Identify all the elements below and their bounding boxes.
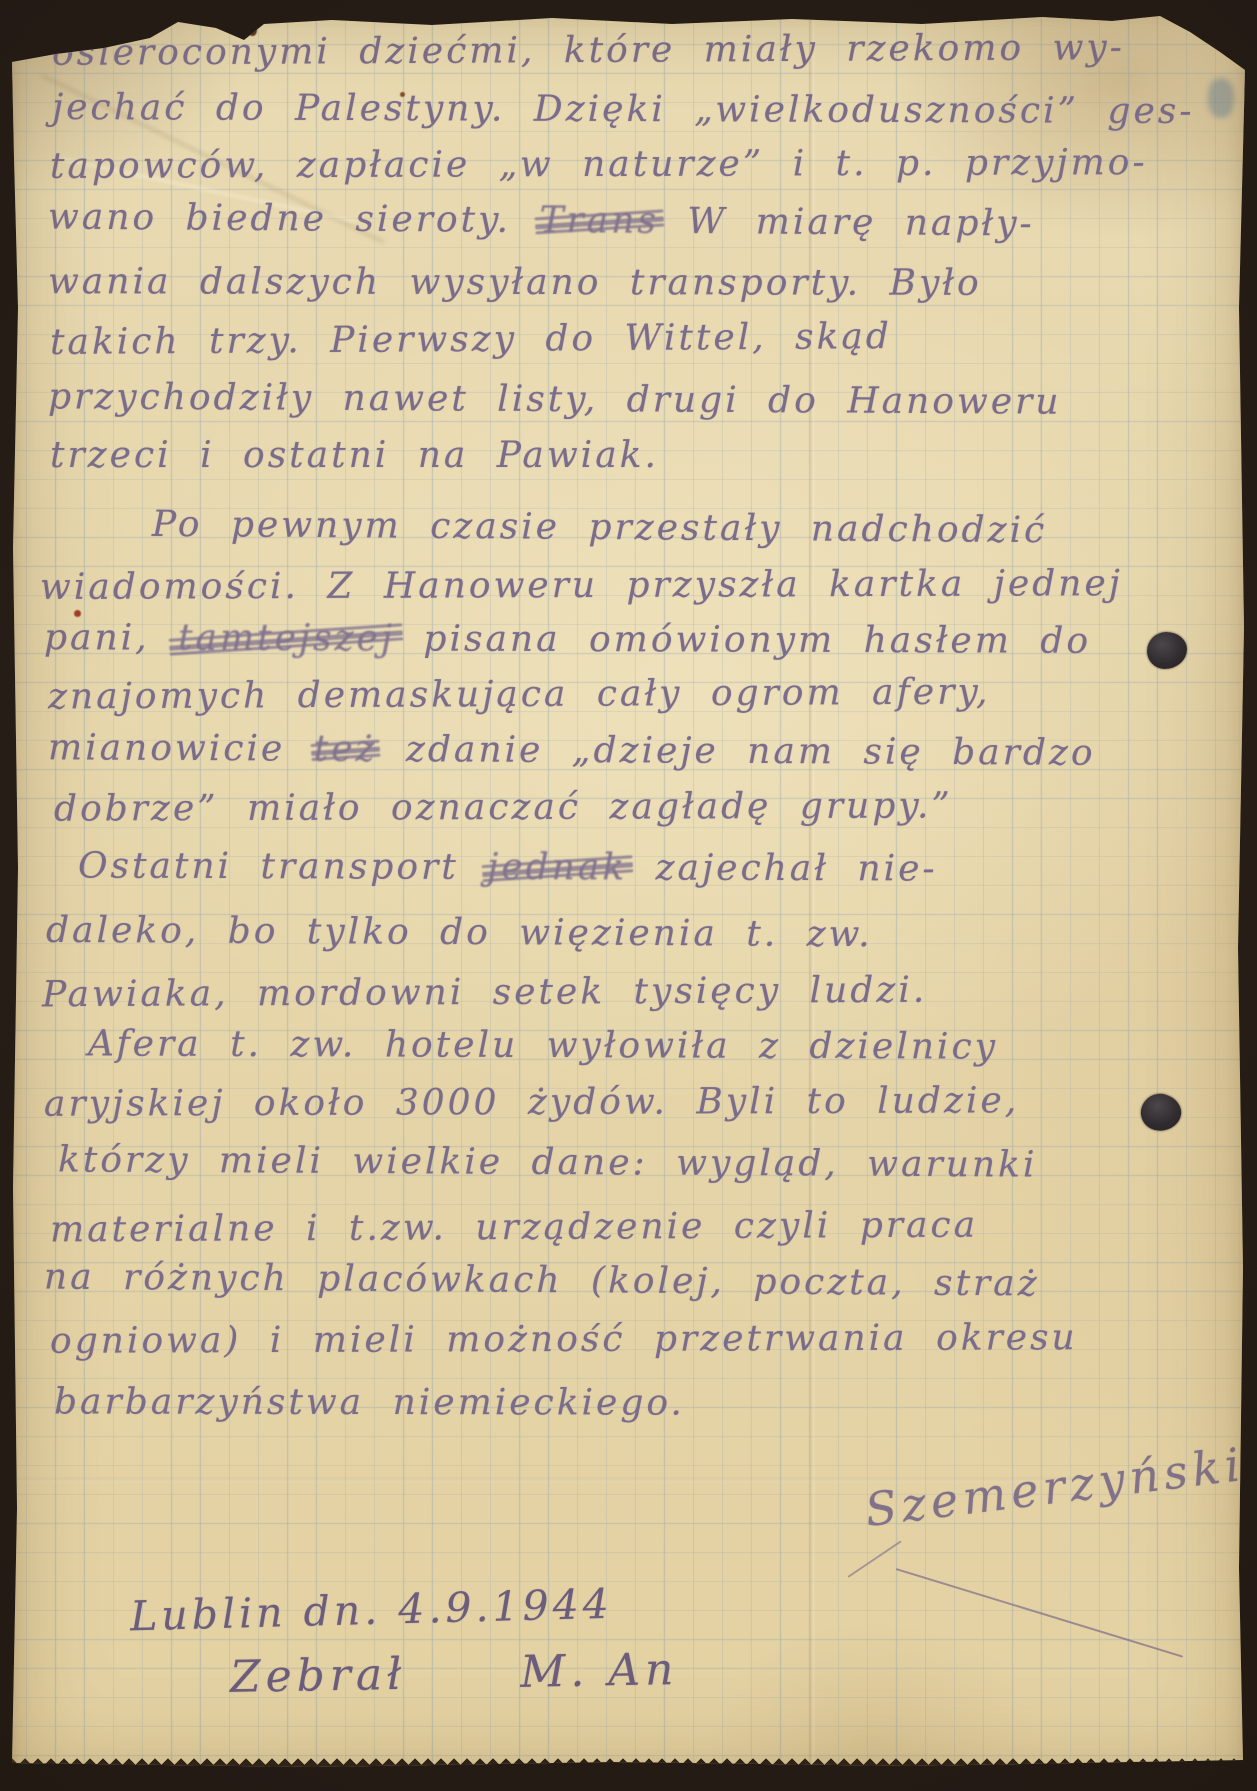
handwriting-text: tapowców, zapłacie „w naturze” i t. p. p… <box>50 142 1148 187</box>
handwriting-text: ogniowa) i mieli możność przetrwania okr… <box>50 1317 1078 1362</box>
handwriting-line: Afera t. zw. hotelu wyłowiła z dzielnicy <box>88 1026 998 1065</box>
collector-line: Zebrał M. An <box>230 1644 679 1703</box>
handwriting-line: materialne i t.zw. urządzenie czyli prac… <box>50 1208 978 1249</box>
paper-smudge <box>1208 78 1234 118</box>
ink-blot <box>1147 632 1187 669</box>
handwriting-text: Afera t. zw. hotelu wyłowiła z dzielnicy <box>88 1023 998 1067</box>
photo-background: osieroconymi dziećmi, które miały rzekom… <box>0 0 1257 1791</box>
handwriting-text: zdanie „dzieje nam się bardzo <box>377 729 1095 774</box>
handwriting-text: osieroconymi dziećmi, które miały rzekom… <box>52 27 1125 74</box>
handwriting-text: jechać do Palestyny. Dzięki „wielkoduszn… <box>52 87 1195 132</box>
handwriting-line: barbarzyństwa niemieckiego. <box>54 1384 685 1421</box>
handwriting-text: którzy mieli wielkie dane: wygląd, warun… <box>58 1139 1038 1185</box>
handwriting-text: Pawiaka, mordowni setek tysięcy ludzi. <box>42 970 927 1016</box>
handwriting-text: barbarzyństwa niemieckiego. <box>54 1381 685 1423</box>
handwriting-line: mianowicie też zdanie „dzieje nam się ba… <box>48 730 1096 771</box>
handwriting-line: dobrze” miało oznaczać zagładę grupy.” <box>54 788 953 827</box>
handwriting-line: którzy mieli wielkie dane: wygląd, warun… <box>58 1142 1038 1183</box>
signature-flourish <box>896 1568 1183 1658</box>
handwriting-text: materialne i t.zw. urządzenie czyli prac… <box>50 1205 978 1251</box>
handwriting-line: wiadomości. Z Hanoweru przyszła kartka j… <box>40 566 1123 606</box>
crossed-out-word: Trans <box>539 203 659 240</box>
handwriting-text: znajomych demaskująca cały ogrom afery, <box>48 672 991 718</box>
handwriting-text: Ostatni transport <box>78 845 487 887</box>
letter-page: osieroconymi dziećmi, które miały rzekom… <box>12 8 1245 1776</box>
handwriting-line: wano biedne sieroty. Trans W miarę napły… <box>48 200 1035 243</box>
handwriting-line: Pawiaka, mordowni setek tysięcy ludzi. <box>42 973 927 1014</box>
handwriting-line: ogniowa) i mieli możność przetrwania okr… <box>50 1320 1078 1360</box>
paper-speck <box>74 610 81 617</box>
handwriting-text: wano biedne sieroty. <box>48 197 540 241</box>
handwriting-text: dobrze” miało oznaczać zagładę grupy.” <box>54 785 953 829</box>
handwriting-text: wania dalszych wysyłano transporty. Było <box>48 261 982 304</box>
signature: Szemerzyński <box>862 1437 1248 1537</box>
handwriting-line: takich trzy. Pierwszy do Wittel, skąd <box>50 319 892 361</box>
handwriting-text: takich trzy. Pierwszy do Wittel, skąd <box>50 316 892 363</box>
crossed-out-word: też <box>314 732 378 768</box>
handwriting-line: na różnych placówkach (kolej, poczta, st… <box>44 1260 1040 1303</box>
handwriting-text: pisana omówionym hasłem do <box>395 618 1091 661</box>
handwriting-text: aryjskiej około 3000 żydów. Byli to ludz… <box>44 1080 1019 1124</box>
handwriting-line: pani, tamtejszej pisana omówionym hasłem… <box>44 620 1091 660</box>
handwriting-text: trzeci i ostatni na Pawiak. <box>50 435 659 476</box>
handwriting-text: daleko, bo tylko do więzienia t. zw. <box>46 910 873 955</box>
handwriting-line: przychodziły nawet listy, drugi do Hanow… <box>48 379 1062 420</box>
handwriting-line: osieroconymi dziećmi, które miały rzekom… <box>52 30 1125 72</box>
handwriting-line: tapowców, zapłacie „w naturze” i t. p. p… <box>50 145 1148 185</box>
handwriting-text: W miarę napły- <box>659 201 1035 245</box>
handwriting-text: przychodziły nawet listy, drugi do Hanow… <box>48 376 1062 422</box>
handwriting-text: wiadomości. Z Hanoweru przyszła kartka j… <box>40 563 1123 608</box>
handwriting-line: wania dalszych wysyłano transporty. Było <box>48 264 982 302</box>
handwriting-line: jechać do Palestyny. Dzięki „wielkoduszn… <box>52 90 1195 130</box>
handwriting-text: zajechał nie- <box>627 847 938 889</box>
signature-flourish <box>847 1540 901 1577</box>
dateline: Lublin dn. 4.9.1944 <box>129 1580 613 1641</box>
handwriting-line: Po pewnym czasie przestały nadchodzić <box>152 507 1047 549</box>
crossed-out-word: tamtejszej <box>178 621 395 658</box>
handwriting-text: pani, <box>44 617 178 658</box>
handwriting-line: znajomych demaskująca cały ogrom afery, <box>48 675 991 716</box>
handwriting-line: Ostatni transport jednak zajechał nie- <box>78 848 938 887</box>
perforated-edge <box>12 1755 1245 1768</box>
ink-blot <box>1137 1090 1185 1136</box>
handwriting-line: trzeci i ostatni na Pawiak. <box>50 438 659 474</box>
handwriting-text: mianowicie <box>48 727 314 769</box>
handwriting-text: Po pewnym czasie przestały nadchodzić <box>152 504 1048 551</box>
handwriting-text: na różnych placówkach (kolej, poczta, st… <box>44 1257 1040 1305</box>
handwriting-line: aryjskiej około 3000 żydów. Byli to ludz… <box>44 1083 1019 1122</box>
handwriting-line: daleko, bo tylko do więzienia t. zw. <box>46 913 873 953</box>
crossed-out-word: jednak <box>487 850 627 886</box>
